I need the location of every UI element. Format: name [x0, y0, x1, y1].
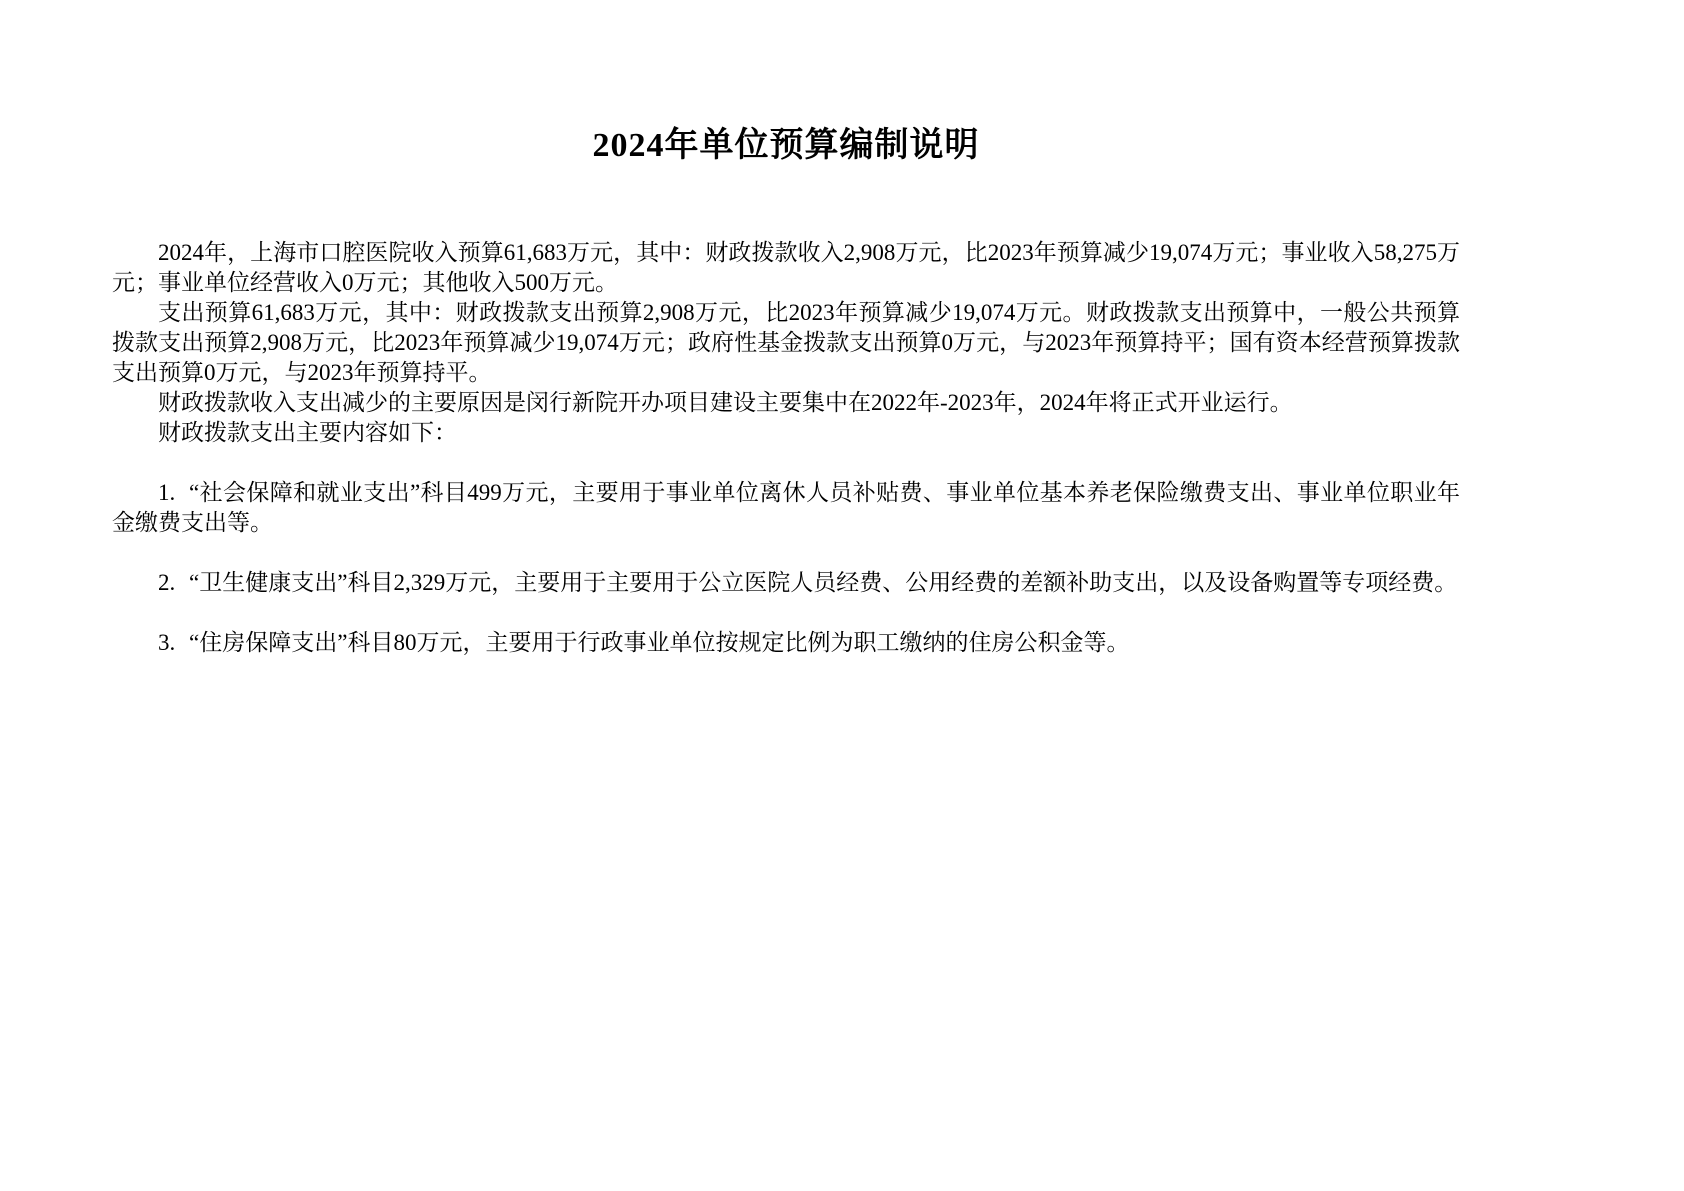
list-item-text: “卫生健康支出”科目2,329万元，主要用于主要用于公立医院人员经费、公用经费的… [189, 570, 1457, 595]
list-item-text: “社会保障和就业支出”科目499万元，主要用于事业单位离休人员补贴费、事业单位基… [112, 480, 1460, 535]
document-page: 2024年单位预算编制说明 2024年，上海市口腔医院收入预算61,683万元，… [0, 0, 1684, 1191]
list-item-social-security: 1.“社会保障和就业支出”科目499万元，主要用于事业单位离休人员补贴费、事业单… [112, 478, 1460, 538]
list-item-text: “住房保障支出”科目80万元，主要用于行政事业单位按规定比例为职工缴纳的住房公积… [189, 630, 1129, 655]
list-item-number: 2. [158, 570, 175, 595]
list-item-number: 1. [158, 480, 175, 505]
document-title: 2024年单位预算编制说明 [112, 126, 1460, 166]
list-item-health: 2.“卫生健康支出”科目2,329万元，主要用于主要用于公立医院人员经费、公用经… [112, 568, 1460, 598]
paragraph-list-intro: 财政拨款支出主要内容如下： [112, 418, 1460, 448]
paragraph-expenditure-budget: 支出预算61,683万元，其中：财政拨款支出预算2,908万元，比2023年预算… [112, 298, 1460, 388]
list-item-housing: 3.“住房保障支出”科目80万元，主要用于行政事业单位按规定比例为职工缴纳的住房… [112, 628, 1460, 658]
list-item-number: 3. [158, 630, 175, 655]
document-body: 2024年，上海市口腔医院收入预算61,683万元，其中：财政拨款收入2,908… [112, 238, 1460, 658]
paragraph-reduction-reason: 财政拨款收入支出减少的主要原因是闵行新院开办项目建设主要集中在2022年-202… [112, 388, 1460, 418]
paragraph-income-budget: 2024年，上海市口腔医院收入预算61,683万元，其中：财政拨款收入2,908… [112, 238, 1460, 298]
